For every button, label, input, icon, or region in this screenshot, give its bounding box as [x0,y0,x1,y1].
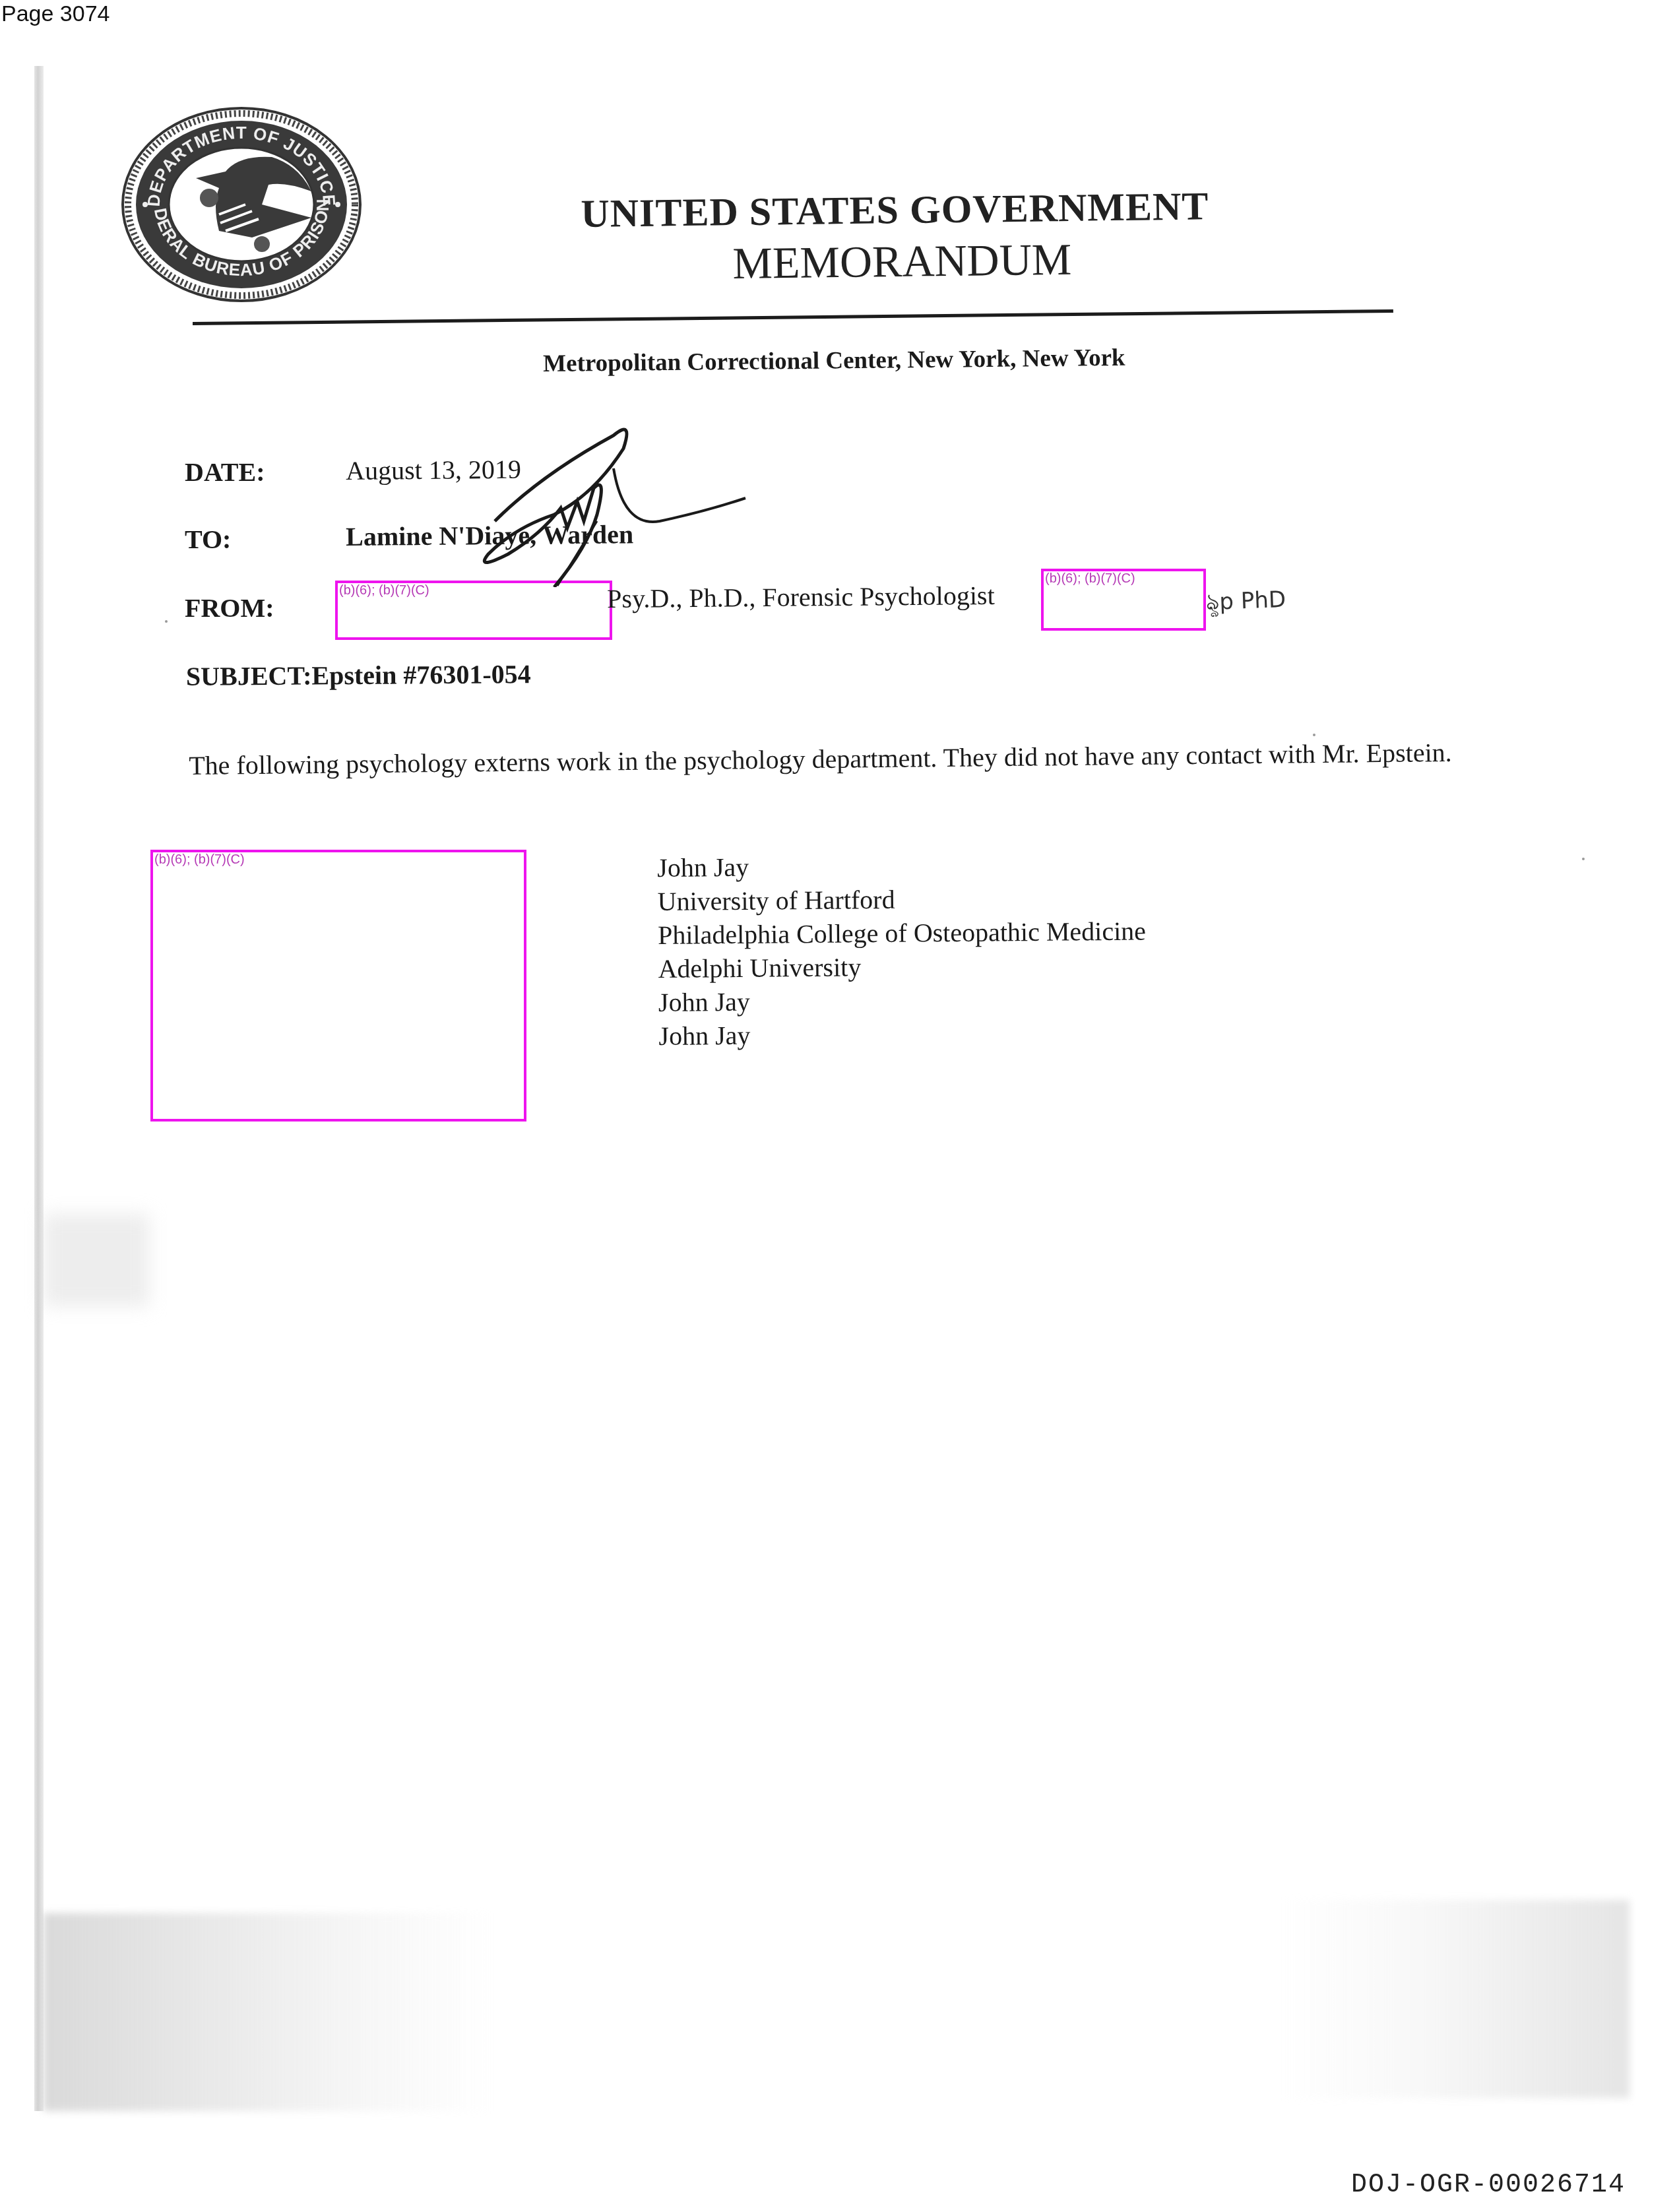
list-item: John Jay [658,982,1147,1019]
date-label: DATE: [185,457,265,488]
subject-label-text: SUBJECT: [186,660,312,691]
list-item: John Jay [658,1015,1147,1053]
document-title: UNITED STATES GOVERNMENT [581,183,1254,237]
redaction-code: (b)(6); (b)(7)(C) [154,852,245,868]
redaction-code: (b)(6); (b)(7)(C) [1045,571,1135,586]
handwritten-initials: ৡp PhD [1205,583,1286,623]
scan-smudge [1280,1900,1630,2098]
extern-school-list: John Jay University of Hartford Philadel… [657,847,1147,1053]
page-number-label: Page 3074 [1,1,110,27]
scan-speck [165,620,168,623]
scan-smudge [44,1913,492,2111]
redaction-box: (b)(6); (b)(7)(C) [335,581,612,640]
redaction-box: (b)(6); (b)(7)(C) [1041,569,1206,631]
scan-smudge [44,1214,149,1306]
date-value: August 13, 2019 [346,454,521,486]
subject-value: Epstein #76301-054 [311,659,531,690]
list-item: University of Hartford [657,881,1145,918]
document-subtitle: MEMORANDUM [732,234,1072,290]
scan-speck [1582,858,1585,860]
scan-edge-shadow [34,66,44,2111]
to-label: TO: [185,524,231,555]
from-label: FROM: [185,592,274,623]
doj-bop-seal-icon: DEPARTMENT OF JUSTICE FEDERAL BUREAU OF … [120,106,363,303]
redaction-code: (b)(6); (b)(7)(C) [339,583,429,598]
redaction-box: (b)(6); (b)(7)(C) [150,850,526,1122]
list-item: Adelphi University [658,948,1146,986]
list-item: Philadelphia College of Osteopathic Medi… [658,914,1146,952]
list-item: John Jay [657,847,1145,885]
subject-label: SUBJECT:Epstein #76301-054 [186,658,531,692]
from-value: Psy.D., Ph.D., Forensic Psychologist [607,580,995,614]
to-value: Lamine N'Diaye, Warden [346,519,633,552]
bates-number: DOJ-OGR-00026714 [1351,2170,1626,2200]
scan-speck [1313,734,1315,736]
